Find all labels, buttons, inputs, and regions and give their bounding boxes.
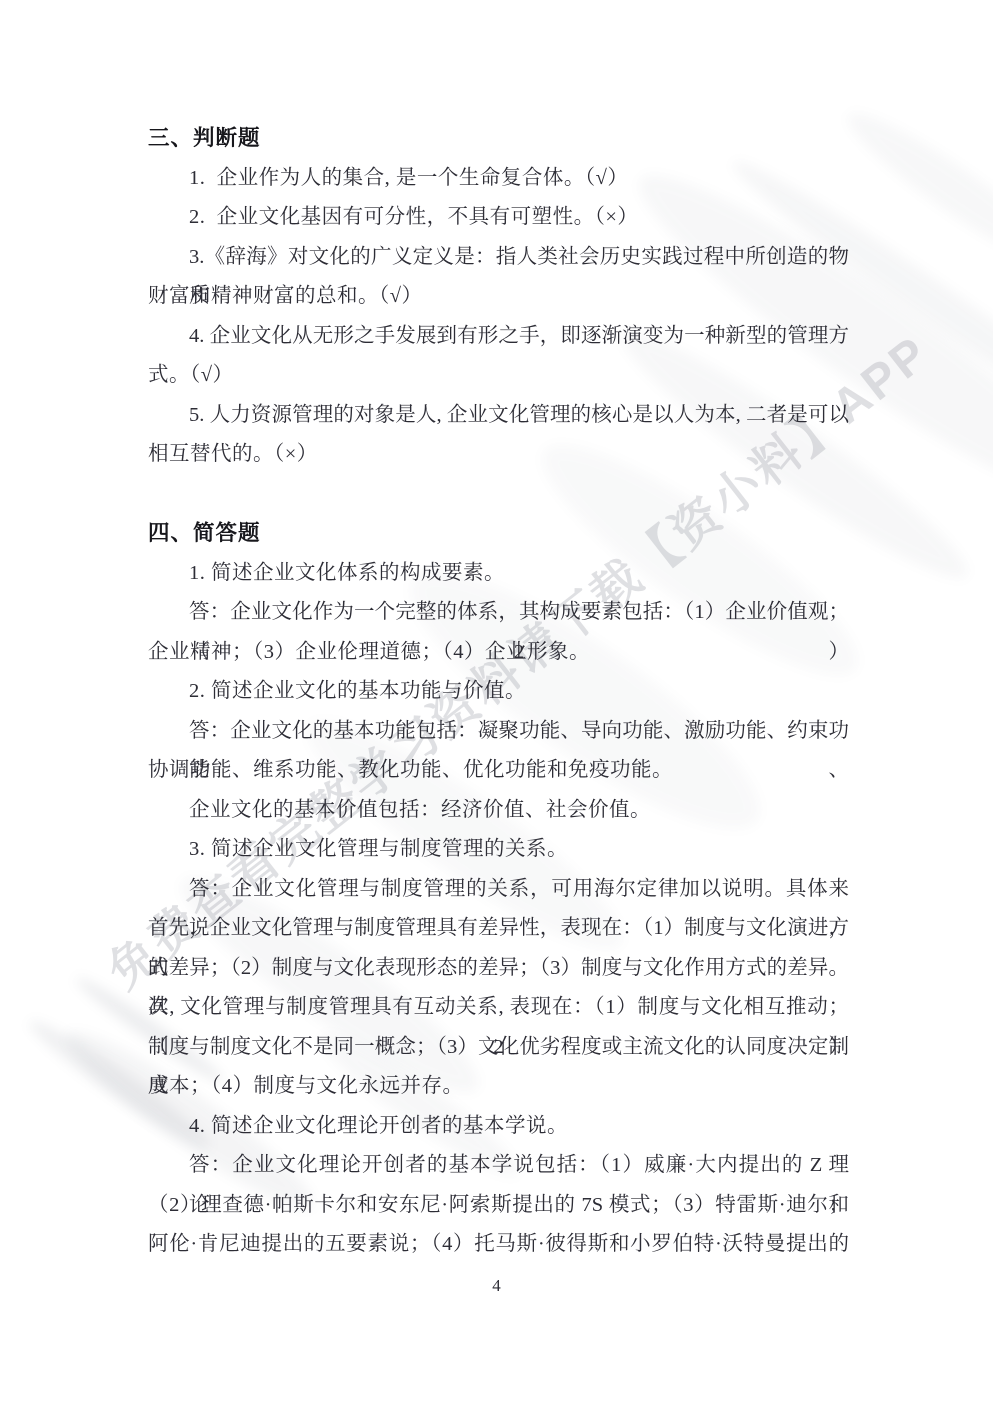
text-line: 相互替代的。（×） [148,435,849,475]
text-line: （2）理查德·帕斯卡尔和安东尼·阿索斯提出的 7S 模式；（3）特雷斯·迪尔和 [148,1186,849,1226]
section-heading: 四、简答题 [148,514,849,554]
text-line: 答：企业文化管理与制度管理的关系，可用海尔定律加以说明。具体来说， [148,870,849,910]
text-line: 成本；（4）制度与文化永远并存。 [148,1067,849,1107]
text-line: 答：企业文化理论开创者的基本学说包括：（1）威廉·大内提出的 Z 理论； [148,1146,849,1186]
text-line: 财富和精神财富的总和。（√） [148,277,849,317]
text-line: 5. 人力资源管理的对象是人, 企业文化管理的核心是以人为本, 二者是可以 [148,396,849,436]
text-line: 4. 企业文化从无形之手发展到有形之手，即逐渐演变为一种新型的管理方 [148,317,849,357]
text-line: 式。（√） [148,356,849,396]
text-line: 3.《辞海》对文化的广义定义是：指人类社会历史实践过程中所创造的物质 [148,238,849,278]
document-content: 三、判断题1. 企业作为人的集合, 是一个生命复合体。（√）2. 企业文化基因有… [148,119,849,1265]
text-line: 3. 简述企业文化管理与制度管理的关系。 [148,830,849,870]
text-line: 制度与制度文化不是同一概念；（3）文化优劣程度或主流文化的认同度决定制度 [148,1028,849,1068]
text-line: 的差异；（2）制度与文化表现形态的差异；（3）制度与文化作用方式的差异。其 [148,949,849,989]
text-line: 答：企业文化的基本功能包括：凝聚功能、导向功能、激励功能、约束功能、 [148,712,849,752]
blank-line [148,475,849,515]
text-line: 1. 企业作为人的集合, 是一个生命复合体。（√） [148,159,849,199]
text-line: 次, 文化管理与制度管理具有互动关系, 表现在：（1）制度与文化相互推动；（2） [148,988,849,1028]
text-line: 1. 简述企业文化体系的构成要素。 [148,554,849,594]
text-line: 答：企业文化作为一个完整的体系，其构成要素包括：（1）企业价值观；（2） [148,593,849,633]
text-line: 企业文化的基本价值包括：经济价值、社会价值。 [148,791,849,831]
text-line: 阿伦·肯尼迪提出的五要素说；（4）托马斯·彼得斯和小罗伯特·沃特曼提出的 [148,1225,849,1265]
text-line: 首先，企业文化管理与制度管理具有差异性，表现在：（1）制度与文化演进方式 [148,909,849,949]
document-page: 免费查看完整学习资料请下载【资小料】APP 三、判断题1. 企业作为人的集合, … [0,0,993,1404]
text-line: 2. 企业文化基因有可分性，不具有可塑性。（×） [148,198,849,238]
page-number: 4 [0,1276,993,1296]
section-heading: 三、判断题 [148,119,849,159]
text-line: 4. 简述企业文化理论开创者的基本学说。 [148,1107,849,1147]
text-line: 2. 简述企业文化的基本功能与价值。 [148,672,849,712]
